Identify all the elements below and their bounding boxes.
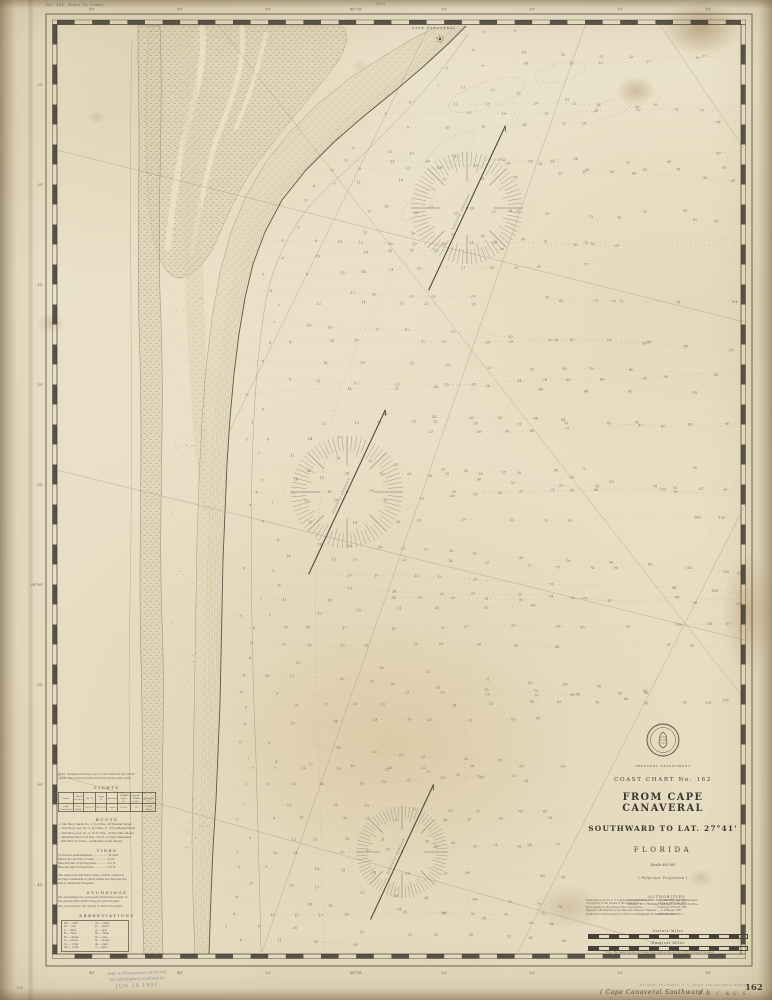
- svg-text:13: 13: [486, 102, 490, 106]
- svg-text:20: 20: [347, 573, 351, 577]
- svg-text:69: 69: [610, 170, 614, 174]
- svg-text:28: 28: [498, 416, 502, 420]
- svg-text:73: 73: [607, 338, 611, 342]
- svg-text:25: 25: [440, 592, 444, 596]
- chart-series: COAST CHART No. 162: [580, 777, 746, 783]
- svg-text:5: 5: [352, 146, 354, 150]
- svg-text:25: 25: [445, 472, 449, 476]
- svg-text:6: 6: [345, 159, 347, 163]
- svg-text:21: 21: [395, 387, 399, 391]
- svg-text:76: 76: [595, 701, 599, 705]
- lights-cell: 18: [130, 804, 143, 812]
- svg-text:23: 23: [414, 574, 418, 578]
- lon-label-bottom: 15': [617, 970, 623, 975]
- svg-text:17: 17: [375, 327, 379, 331]
- plate-number: (812): [376, 2, 385, 6]
- svg-text:8: 8: [289, 377, 291, 381]
- svg-text:87: 87: [729, 349, 733, 353]
- svg-text:26: 26: [465, 871, 469, 875]
- nautical-miles-bar: Nautical Miles: [588, 941, 748, 951]
- svg-text:8: 8: [278, 583, 280, 587]
- svg-text:8: 8: [306, 273, 308, 277]
- svg-text:6: 6: [282, 256, 284, 260]
- svg-text:73: 73: [589, 215, 593, 219]
- svg-text:25: 25: [528, 159, 532, 163]
- svg-text:91: 91: [667, 643, 671, 647]
- svg-text:24: 24: [480, 234, 484, 238]
- svg-text:19: 19: [355, 421, 359, 425]
- svg-text:64: 64: [538, 387, 542, 391]
- svg-text:76: 76: [543, 378, 547, 382]
- lat-label-left: 20': [37, 182, 43, 187]
- svg-text:32: 32: [636, 108, 640, 112]
- svg-text:19: 19: [502, 112, 506, 116]
- svg-text:15: 15: [324, 702, 328, 706]
- svg-text:25: 25: [434, 933, 438, 937]
- svg-text:72: 72: [527, 564, 531, 568]
- svg-text:68: 68: [540, 874, 544, 878]
- svg-text:29: 29: [511, 624, 515, 628]
- svg-text:88: 88: [675, 596, 679, 600]
- scale-bar-note: Note: The heavy figures on shaded flats …: [570, 951, 750, 954]
- svg-text:73: 73: [543, 519, 547, 523]
- svg-text:79: 79: [567, 519, 571, 523]
- svg-text:12: 12: [317, 612, 321, 616]
- svg-text:31: 31: [468, 719, 472, 723]
- svg-text:11: 11: [283, 598, 287, 602]
- svg-text:24: 24: [522, 123, 526, 127]
- title-block: TREASURY DEPARTMENT COAST CHART No. 162 …: [580, 720, 746, 916]
- svg-text:20: 20: [353, 702, 357, 706]
- svg-text:27: 27: [702, 55, 706, 59]
- svg-text:74: 74: [529, 700, 533, 704]
- svg-text:23: 23: [427, 718, 431, 722]
- svg-text:23: 23: [408, 933, 412, 937]
- svg-text:27: 27: [451, 330, 455, 334]
- lat-label-left: 45': [37, 882, 43, 887]
- svg-text:19: 19: [383, 498, 387, 502]
- svg-text:15: 15: [338, 240, 342, 244]
- svg-text:28: 28: [574, 157, 578, 161]
- svg-text:21: 21: [360, 891, 364, 895]
- svg-text:25: 25: [439, 642, 443, 646]
- chart-number: 162: [745, 983, 763, 993]
- svg-text:21: 21: [431, 295, 435, 299]
- abbreviations-title: ABBREVIATIONS: [58, 913, 156, 918]
- svg-text:27: 27: [426, 670, 430, 674]
- svg-text:15: 15: [388, 249, 392, 253]
- svg-text:24: 24: [508, 209, 512, 213]
- svg-text:68: 68: [600, 378, 604, 382]
- svg-text:21: 21: [381, 837, 385, 841]
- svg-text:85: 85: [566, 378, 570, 382]
- svg-text:7: 7: [278, 304, 280, 308]
- svg-text:86: 86: [550, 922, 554, 926]
- svg-text:98: 98: [693, 601, 697, 605]
- svg-text:25: 25: [448, 809, 452, 813]
- svg-text:6: 6: [240, 690, 242, 694]
- svg-text:24: 24: [550, 160, 554, 164]
- svg-text:14: 14: [306, 625, 310, 629]
- svg-text:5: 5: [251, 421, 253, 425]
- svg-text:70: 70: [559, 484, 563, 488]
- svg-text:25: 25: [412, 420, 416, 424]
- lon-label-bottom: 20': [529, 970, 535, 975]
- svg-text:72: 72: [582, 467, 586, 471]
- svg-text:26: 26: [486, 384, 490, 388]
- svg-text:9: 9: [274, 766, 276, 770]
- svg-text:19: 19: [348, 586, 352, 590]
- svg-text:78: 78: [554, 339, 558, 343]
- statute-miles-bar: Statute Miles: [588, 929, 748, 939]
- svg-text:84: 84: [584, 389, 588, 393]
- svg-text:28: 28: [471, 302, 475, 306]
- svg-text:24: 24: [406, 871, 410, 875]
- abbreviations-box: hrd. — hardsft. — softS. — SandM. — MudS…: [61, 920, 129, 952]
- svg-text:23: 23: [572, 102, 576, 106]
- svg-text:29: 29: [467, 818, 471, 822]
- svg-text:30: 30: [473, 898, 477, 902]
- lights-header: Remarks: [143, 793, 156, 804]
- lon-label-bottom: 10': [705, 970, 711, 975]
- svg-text:13: 13: [461, 85, 465, 89]
- svg-text:6: 6: [270, 289, 272, 293]
- svg-text:19: 19: [569, 61, 573, 65]
- svg-text:21: 21: [386, 848, 390, 852]
- svg-text:108: 108: [722, 698, 728, 702]
- svg-text:15: 15: [445, 126, 449, 130]
- svg-text:20: 20: [414, 211, 418, 215]
- nautical-miles-label: Nautical Miles: [588, 941, 748, 945]
- svg-text:7: 7: [252, 766, 254, 770]
- svg-text:22: 22: [414, 642, 418, 646]
- lights-cell: Cape Canaveral: [59, 804, 74, 812]
- svg-text:16: 16: [328, 325, 332, 329]
- svg-text:5: 5: [446, 66, 448, 70]
- abbreviation: rky. — rocky: [64, 946, 95, 950]
- svg-text:88: 88: [624, 697, 628, 701]
- svg-text:14: 14: [361, 301, 365, 305]
- svg-text:9: 9: [249, 836, 251, 840]
- svg-text:29: 29: [449, 549, 453, 553]
- lights-cell: 80°31.6': [95, 804, 106, 812]
- svg-text:108: 108: [723, 570, 729, 574]
- svg-text:29: 29: [545, 212, 549, 216]
- lights-header: Height above sea: [117, 793, 130, 804]
- svg-text:16: 16: [344, 912, 348, 916]
- svg-text:30: 30: [477, 430, 481, 434]
- svg-text:22: 22: [385, 767, 389, 771]
- svg-text:24: 24: [434, 385, 438, 389]
- svg-text:31: 31: [473, 551, 477, 555]
- lat-label-left: 15': [37, 282, 43, 287]
- svg-text:20: 20: [370, 489, 374, 493]
- svg-text:95: 95: [628, 390, 632, 394]
- svg-text:17: 17: [410, 152, 414, 156]
- svg-text:83: 83: [556, 625, 560, 629]
- svg-text:18: 18: [350, 764, 354, 768]
- svg-text:14: 14: [293, 851, 297, 855]
- svg-text:18: 18: [308, 903, 312, 907]
- svg-text:62: 62: [517, 845, 521, 849]
- svg-text:6: 6: [262, 519, 264, 523]
- svg-text:79: 79: [566, 559, 570, 563]
- svg-text:22: 22: [421, 340, 425, 344]
- svg-text:19: 19: [357, 609, 361, 613]
- svg-text:78: 78: [676, 301, 680, 305]
- lights-cell: 28°27.6': [84, 804, 95, 812]
- svg-text:14: 14: [347, 387, 351, 391]
- svg-text:8: 8: [275, 760, 277, 764]
- magnetic-meridian-label: MAGNETIC MERIDIAN: [386, 837, 406, 875]
- svg-text:32: 32: [471, 912, 475, 916]
- treasury-seal-icon: [643, 720, 683, 764]
- svg-text:9: 9: [267, 783, 269, 787]
- soundings-note-line: The curves show the depths at mean low w…: [58, 904, 156, 908]
- svg-text:32: 32: [507, 935, 511, 939]
- svg-text:84: 84: [594, 488, 598, 492]
- svg-text:32: 32: [484, 688, 488, 692]
- svg-text:101: 101: [705, 701, 711, 705]
- svg-text:24: 24: [469, 241, 473, 245]
- svg-text:80: 80: [661, 424, 665, 428]
- svg-text:97: 97: [726, 622, 730, 626]
- svg-text:17: 17: [315, 886, 319, 890]
- svg-text:88: 88: [684, 344, 688, 348]
- svg-text:80: 80: [530, 429, 534, 433]
- svg-text:21: 21: [373, 718, 377, 722]
- svg-text:29: 29: [471, 294, 475, 298]
- svg-text:31: 31: [517, 423, 521, 427]
- svg-text:33: 33: [511, 718, 515, 722]
- svg-text:30: 30: [504, 913, 508, 917]
- svg-text:23: 23: [420, 496, 424, 500]
- svg-text:18: 18: [336, 456, 340, 460]
- svg-text:90: 90: [683, 209, 687, 213]
- svg-text:28: 28: [451, 841, 455, 845]
- svg-text:10: 10: [284, 625, 288, 629]
- svg-text:16: 16: [411, 232, 415, 236]
- lights-header: Fixed or Rev.: [73, 793, 84, 804]
- svg-text:9: 9: [265, 865, 267, 869]
- svg-text:30: 30: [653, 103, 657, 107]
- svg-text:70: 70: [556, 843, 560, 847]
- svg-text:33: 33: [508, 900, 512, 904]
- svg-text:90: 90: [597, 685, 601, 689]
- lat-label-left: 55': [37, 682, 43, 687]
- svg-text:15: 15: [299, 816, 303, 820]
- svg-text:8: 8: [258, 925, 260, 929]
- svg-text:11: 11: [357, 180, 361, 184]
- svg-text:16: 16: [360, 781, 364, 785]
- svg-text:5: 5: [243, 567, 245, 571]
- lon-label-top: 10': [705, 7, 711, 12]
- svg-text:11: 11: [390, 160, 394, 164]
- svg-text:84: 84: [672, 586, 676, 590]
- svg-text:6: 6: [331, 168, 333, 172]
- svg-text:6: 6: [262, 359, 264, 363]
- top-left-note: No. 162. Price 50 Cents.: [46, 2, 105, 7]
- svg-text:16: 16: [522, 50, 526, 54]
- svg-text:24: 24: [396, 520, 400, 524]
- svg-text:23: 23: [405, 691, 409, 695]
- svg-text:12: 12: [291, 491, 295, 495]
- svg-text:24: 24: [448, 559, 452, 563]
- svg-text:64: 64: [555, 645, 559, 649]
- compass-rose: MAGNETIC MERIDIAN: [404, 126, 530, 290]
- svg-text:10: 10: [291, 782, 295, 786]
- svg-text:89: 89: [714, 373, 718, 377]
- lights-table: NameFixed or Rev.Lat. N.Long. W.Interval…: [58, 792, 156, 812]
- svg-text:14: 14: [361, 270, 365, 274]
- svg-text:85: 85: [618, 691, 622, 695]
- svg-text:27: 27: [464, 625, 468, 629]
- svg-text:22: 22: [370, 680, 374, 684]
- lon-label-bottom: 35': [265, 970, 271, 975]
- svg-text:93: 93: [664, 375, 668, 379]
- svg-text:6: 6: [244, 722, 246, 726]
- svg-text:18: 18: [378, 546, 382, 550]
- svg-text:16: 16: [372, 293, 376, 297]
- svg-text:7: 7: [273, 320, 275, 324]
- svg-text:31: 31: [489, 702, 493, 706]
- svg-text:18: 18: [336, 746, 340, 750]
- lon-label-bottom: 80°30': [350, 970, 363, 975]
- svg-text:13: 13: [330, 339, 334, 343]
- svg-text:69: 69: [531, 604, 535, 608]
- svg-text:32: 32: [508, 335, 512, 339]
- svg-text:23: 23: [437, 575, 441, 579]
- svg-text:24: 24: [443, 818, 447, 822]
- svg-text:80: 80: [543, 809, 547, 813]
- lights-header: Long. W.: [95, 793, 106, 804]
- svg-text:27: 27: [476, 810, 480, 814]
- svg-text:5: 5: [225, 924, 227, 928]
- svg-text:19: 19: [361, 361, 365, 365]
- svg-text:70: 70: [534, 693, 538, 697]
- svg-text:6: 6: [313, 184, 315, 188]
- svg-text:8: 8: [262, 408, 264, 412]
- statute-bar: [588, 934, 748, 939]
- svg-text:71: 71: [541, 912, 545, 916]
- svg-text:10: 10: [316, 254, 320, 258]
- svg-text:69: 69: [570, 475, 574, 479]
- svg-text:17: 17: [353, 382, 357, 386]
- svg-text:5: 5: [246, 393, 248, 397]
- abbreviation: lt. — light: [95, 946, 126, 950]
- svg-text:16: 16: [333, 803, 337, 807]
- svg-text:24: 24: [397, 908, 401, 912]
- svg-text:13: 13: [296, 661, 300, 665]
- agency-initials: U. S. C. & G. S.: [698, 991, 749, 996]
- paper-crease: [27, 0, 34, 1000]
- svg-text:30: 30: [517, 471, 521, 475]
- svg-text:88: 88: [644, 701, 648, 705]
- svg-text:65: 65: [559, 299, 563, 303]
- svg-text:17: 17: [367, 210, 371, 214]
- lon-label-top: 80°30': [350, 7, 363, 12]
- svg-text:26: 26: [444, 382, 448, 386]
- svg-text:28: 28: [538, 162, 542, 166]
- svg-text:10: 10: [265, 674, 269, 678]
- svg-text:21: 21: [365, 817, 369, 821]
- svg-text:61: 61: [524, 779, 528, 783]
- svg-text:20: 20: [399, 301, 403, 305]
- svg-text:78: 78: [653, 484, 657, 488]
- svg-text:12: 12: [359, 241, 363, 245]
- svg-text:12: 12: [363, 230, 367, 234]
- svg-text:69: 69: [561, 765, 565, 769]
- svg-text:8: 8: [253, 626, 255, 630]
- svg-text:35: 35: [519, 556, 523, 560]
- lights-cell: 139 ft.: [117, 804, 130, 812]
- svg-text:99: 99: [723, 488, 727, 492]
- svg-text:23: 23: [417, 267, 421, 271]
- svg-text:19: 19: [364, 644, 368, 648]
- lon-label-top: 45': [89, 7, 95, 12]
- svg-text:77: 77: [565, 427, 569, 431]
- svg-text:27: 27: [492, 210, 496, 214]
- svg-text:14: 14: [286, 554, 290, 558]
- svg-text:26: 26: [451, 596, 455, 600]
- svg-text:100: 100: [660, 488, 666, 492]
- statute-miles-label: Statute Miles: [588, 929, 748, 933]
- svg-text:33: 33: [512, 774, 516, 778]
- svg-text:16: 16: [384, 204, 388, 208]
- svg-text:20: 20: [390, 682, 394, 686]
- svg-text:16: 16: [516, 92, 520, 96]
- svg-text:29: 29: [477, 774, 481, 778]
- svg-text:26: 26: [450, 494, 454, 498]
- svg-text:17: 17: [353, 558, 357, 562]
- svg-text:69: 69: [562, 939, 566, 943]
- svg-text:29: 29: [461, 517, 465, 521]
- svg-text:19: 19: [354, 338, 358, 342]
- svg-text:29: 29: [440, 776, 444, 780]
- bottom-micro-stamp: DIVISION OF CHARTS, U. S. COAST AND GEOD…: [640, 984, 749, 987]
- svg-text:24: 24: [452, 703, 456, 707]
- svg-text:20: 20: [534, 102, 538, 106]
- svg-text:28: 28: [596, 103, 600, 107]
- svg-text:91: 91: [722, 166, 726, 170]
- svg-text:8: 8: [250, 881, 252, 885]
- svg-text:22: 22: [565, 97, 569, 101]
- svg-text:80: 80: [635, 420, 639, 424]
- svg-text:29: 29: [490, 266, 494, 270]
- chart-sheet: 5881615232227591419222730713171622305111…: [0, 0, 772, 1000]
- svg-text:96: 96: [647, 340, 651, 344]
- compass-layer: MAGNETIC MERIDIANMAGNETIC MERIDIANMAGNET…: [284, 126, 530, 920]
- svg-text:24: 24: [392, 590, 396, 594]
- svg-text:30: 30: [443, 911, 447, 915]
- svg-text:27: 27: [646, 59, 650, 63]
- svg-text:82: 82: [648, 563, 652, 567]
- svg-text:8: 8: [272, 569, 274, 573]
- svg-text:32: 32: [498, 491, 502, 495]
- svg-text:12: 12: [292, 837, 296, 841]
- svg-text:19: 19: [353, 943, 357, 947]
- svg-text:30: 30: [469, 933, 473, 937]
- svg-text:22: 22: [417, 519, 421, 523]
- svg-text:87: 87: [608, 599, 612, 603]
- svg-text:91: 91: [690, 644, 694, 648]
- svg-text:9: 9: [407, 125, 409, 129]
- svg-text:25: 25: [473, 492, 477, 496]
- svg-text:110: 110: [719, 516, 725, 520]
- svg-text:7: 7: [258, 452, 260, 456]
- svg-text:73: 73: [549, 582, 553, 586]
- svg-text:23: 23: [429, 430, 433, 434]
